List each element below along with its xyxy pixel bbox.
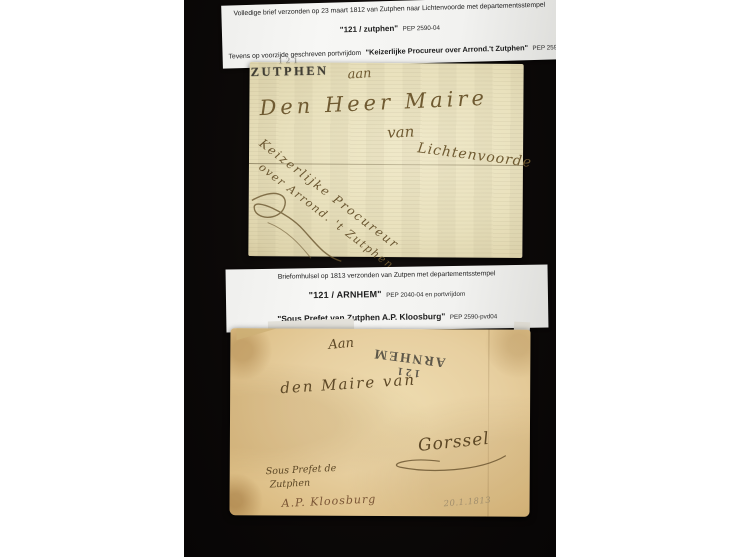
sender-signature: A.P. Kloosburg — [281, 493, 376, 510]
sender-line1: Sous Prefet de — [266, 463, 337, 477]
handwritten-salutation: aan — [347, 66, 372, 82]
handwritten-destination: Gorssel — [417, 429, 491, 456]
handwritten-van: van — [387, 122, 415, 141]
album-page: Volledige brief verzonden op 23 maart 18… — [0, 0, 740, 557]
folded-corner — [236, 328, 276, 340]
handwritten-franchise-marking: Keizerlijke Procureur over Arrond. 't Zu… — [245, 136, 409, 272]
vertical-crease — [488, 330, 490, 517]
caption-top-catalog-ref: PEP 2590-04 — [402, 24, 440, 32]
caption-bottom-stamp-name: "121 / ARNHEM" — [309, 289, 382, 300]
sender-line2: Zutphen — [269, 478, 310, 491]
pencil-date-annotation: 20.1.1813 — [443, 496, 491, 510]
cover-1813-arnhem: 121 ARNHEM Aan den Maire van Gorssel Sou… — [230, 328, 531, 517]
handwritten-addressee: Den Heer Maire — [259, 86, 488, 120]
handwritten-salutation: Aan — [328, 336, 355, 353]
postmark-town: ZUTPHEN — [251, 65, 329, 80]
handwritten-destination: Lichtenvoorde — [416, 140, 532, 171]
caption-bottom-catalog-ref2: PEP 2590-pvd04 — [450, 313, 498, 321]
handwritten-addressee: den Maire van — [280, 370, 417, 397]
franchise-line2: over Arrond. 't Zutphen — [256, 161, 396, 273]
caption-top-catalog-ref2: PEP 2590-pvd03 — [532, 44, 556, 52]
exhibit-photo: Volledige brief verzonden op 23 maart 18… — [184, 0, 556, 557]
caption-top-franchise-quote: "Keizerlijke Procureur over Arrond.'t Zu… — [365, 43, 528, 57]
caption-bottom-catalog-ref: PEP 2040-04 en portvrijdom — [386, 291, 465, 299]
franchise-line1: Keizerlijke Procureur — [257, 136, 409, 257]
departement-postmark-zutphen: 121 ZUTPHEN — [250, 56, 328, 80]
caption-top-stamp-name: "121 / zutphen" — [340, 24, 398, 35]
cover-1812-zutphen: 121 ZUTPHEN aan Den Heer Maire van Licht… — [248, 62, 523, 258]
